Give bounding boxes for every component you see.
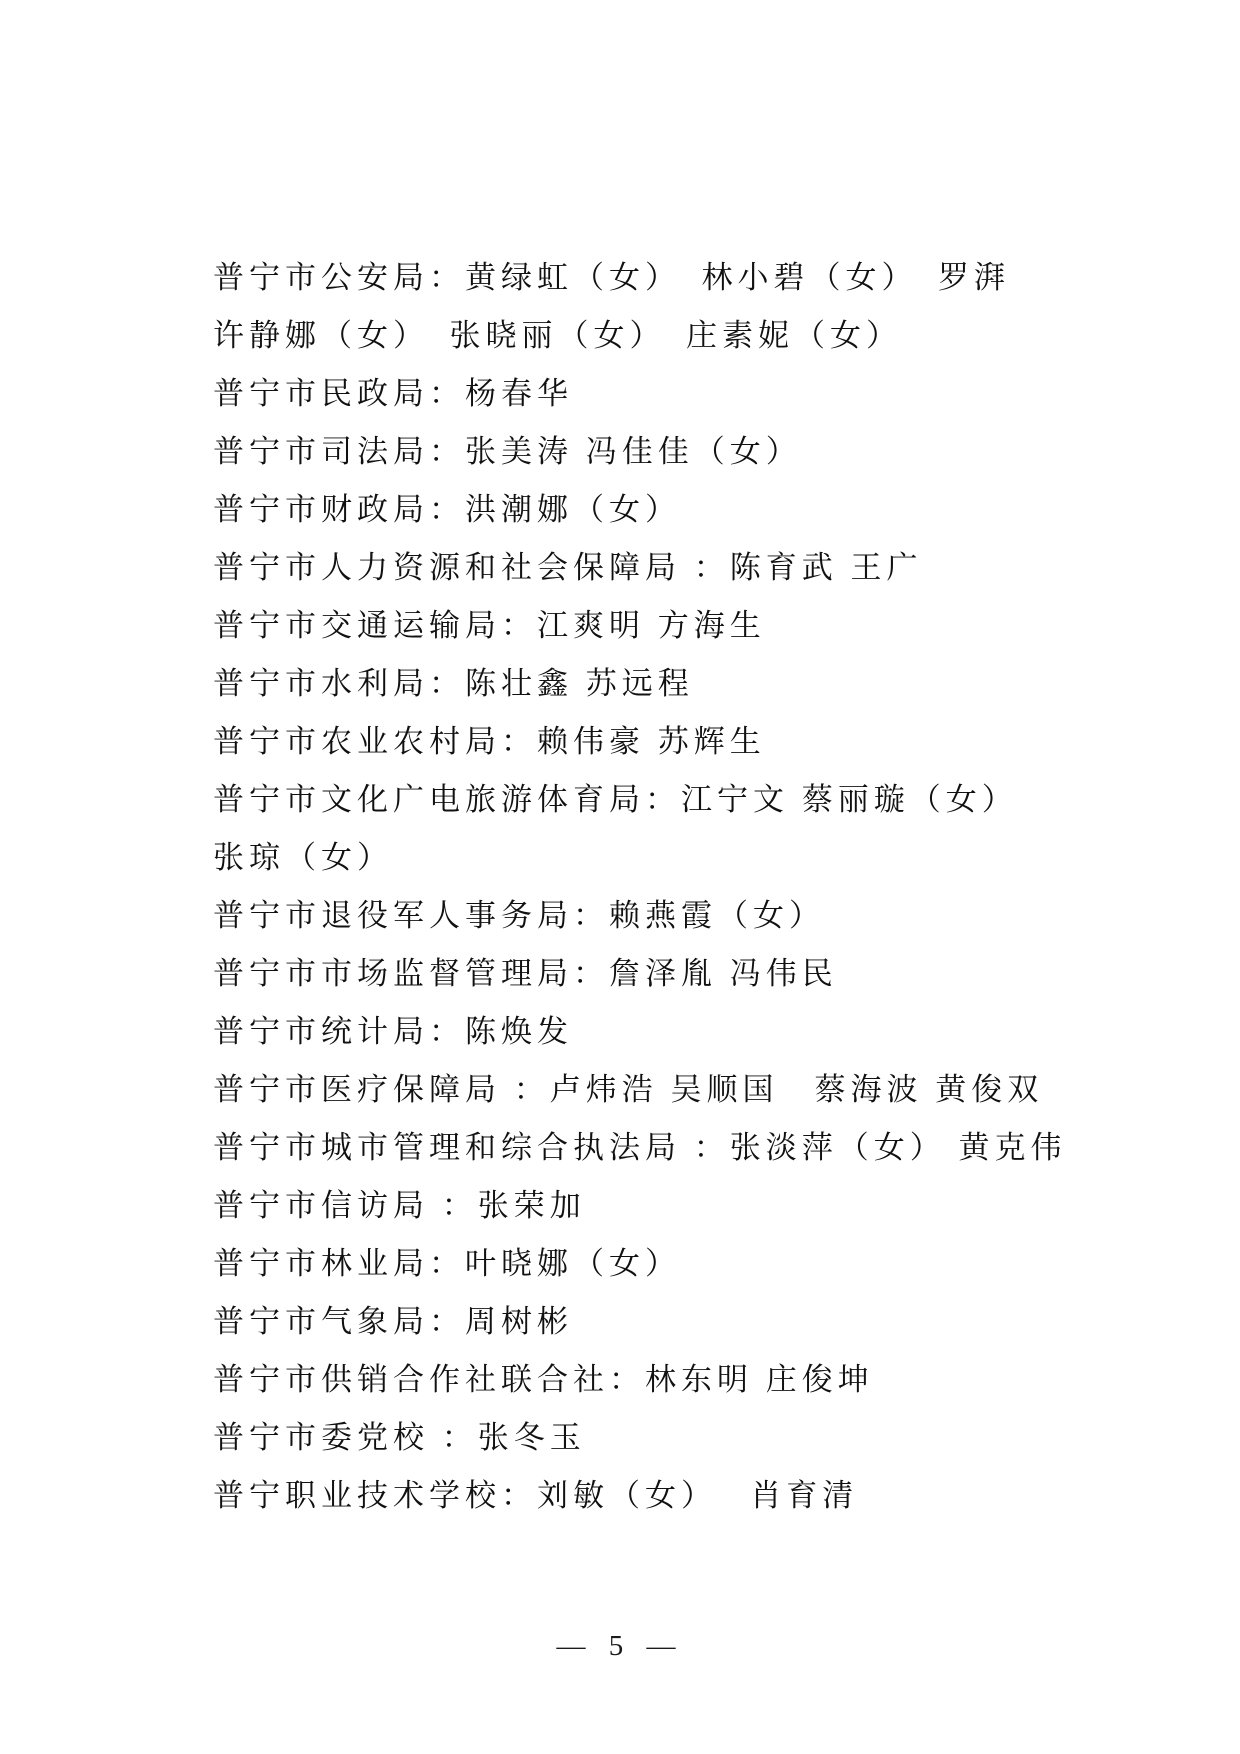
text-line: 普宁市统计局：陈焕发 (213, 1003, 1173, 1061)
text-line: 张琼（女） (213, 829, 1173, 887)
text-line: 普宁市退役军人事务局：赖燕霞（女） (213, 887, 1173, 945)
text-line: 许静娜（女） 张晓丽（女） 庄素妮（女） (213, 307, 1173, 365)
text-line: 普宁市气象局：周树彬 (213, 1293, 1173, 1351)
text-line: 普宁职业技术学校：刘敏（女） 肖育清 (213, 1467, 1173, 1525)
text-line: 普宁市民政局：杨春华 (213, 365, 1173, 423)
document-page: 普宁市公安局：黄绿虹（女） 林小碧（女） 罗湃 许静娜（女） 张晓丽（女） 庄素… (0, 0, 1240, 1754)
text-line: 普宁市供销合作社联合社：林东明 庄俊坤 (213, 1351, 1173, 1409)
page-number: — 5 — (0, 1630, 1240, 1663)
text-line: 普宁市委党校 ：张冬玉 (213, 1409, 1173, 1467)
text-line: 普宁市公安局：黄绿虹（女） 林小碧（女） 罗湃 (213, 249, 1173, 307)
text-line: 普宁市医疗保障局 ：卢炜浩 吴顺国 蔡海波 黄俊双 (213, 1061, 1173, 1119)
text-line: 普宁市交通运输局：江爽明 方海生 (213, 597, 1173, 655)
text-line: 普宁市农业农村局：赖伟豪 苏辉生 (213, 713, 1173, 771)
document-body: 普宁市公安局：黄绿虹（女） 林小碧（女） 罗湃 许静娜（女） 张晓丽（女） 庄素… (213, 249, 1173, 1525)
text-line: 普宁市司法局：张美涛 冯佳佳（女） (213, 423, 1173, 481)
text-line: 普宁市城市管理和综合执法局 ：张淡萍（女） 黄克伟 (213, 1119, 1173, 1177)
text-line: 普宁市市场监督管理局：詹泽胤 冯伟民 (213, 945, 1173, 1003)
text-line: 普宁市林业局：叶晓娜（女） (213, 1235, 1173, 1293)
text-line: 普宁市文化广电旅游体育局：江宁文 蔡丽璇（女） (213, 771, 1173, 829)
text-line: 普宁市人力资源和社会保障局 ：陈育武 王广 (213, 539, 1173, 597)
text-line: 普宁市财政局：洪潮娜（女） (213, 481, 1173, 539)
text-line: 普宁市信访局 ：张荣加 (213, 1177, 1173, 1235)
text-line: 普宁市水利局：陈壮鑫 苏远程 (213, 655, 1173, 713)
